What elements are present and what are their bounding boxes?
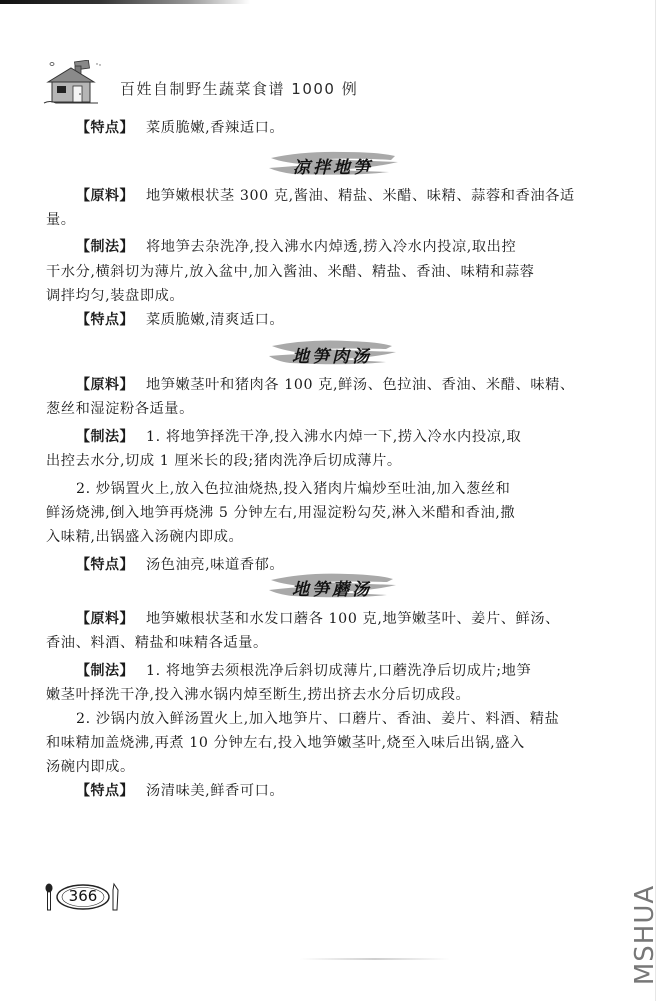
ingredients-text: 地笋嫩根状茎和水发口蘑各 100 克,地笋嫩茎叶、姜片、鲜汤、 <box>146 611 560 627</box>
method-line: 【制法】1. 将地笋去须根洗净后斜切成薄片,口蘑洗净后切成片;地笋 <box>76 661 606 681</box>
method-line: 入味精,出锅盛入汤碗内即成。 <box>46 527 606 547</box>
previous-recipe-features: 【特点】菜质脆嫩,香辣适口。 <box>76 118 606 138</box>
features-label: 【特点】 <box>76 312 134 328</box>
ingredients-line: 量。 <box>46 210 606 230</box>
watermark-text: MSHUA <box>630 880 660 990</box>
book-title: 百姓自制野生蔬菜食谱 1000 例 <box>120 78 358 99</box>
method-line: 汤碗内即成。 <box>46 757 606 777</box>
method-label: 【制法】 <box>76 239 134 255</box>
ingredients-label: 【原料】 <box>76 188 134 204</box>
recipe-title: 凉拌地笋 <box>263 153 403 178</box>
method-line: 干水分,横斜切为薄片,放入盆中,加入酱油、米醋、精盐、香油、味精和蒜蓉 <box>46 262 606 282</box>
method-text: 1. 将地笋择洗干净,投入沸水内焯一下,捞入冷水内投凉,取 <box>146 429 521 445</box>
ingredients-line: 香油、料酒、精盐和味精各适量。 <box>46 633 606 653</box>
method-text: 将地笋去杂洗净,投入沸水内焯透,捞入冷水内投凉,取出控 <box>146 239 516 255</box>
running-header: 百姓自制野生蔬菜食谱 1000 例 <box>42 58 442 108</box>
method-label: 【制法】 <box>76 663 134 679</box>
features-text: 汤清味美,鲜香可口。 <box>146 783 284 799</box>
ingredients-label: 【原料】 <box>76 611 134 627</box>
ingredients-line: 【原料】地笋嫩茎叶和猪肉各 100 克,鲜汤、色拉油、香油、米醋、味精、 <box>76 375 606 395</box>
method-line: 和味精加盖烧沸,再煮 10 分钟左右,投入地笋嫩茎叶,烧至入味后出锅,盛入 <box>46 733 606 753</box>
ingredients-text: 地笋嫩茎叶和猪肉各 100 克,鲜汤、色拉油、香油、米醋、味精、 <box>146 377 575 393</box>
page-edge-line <box>655 0 656 1001</box>
features-line: 【特点】汤清味美,鲜香可口。 <box>76 781 606 801</box>
recipe-title: 地笋蘑汤 <box>262 575 402 600</box>
method-line: 【制法】将地笋去杂洗净,投入沸水内焯透,捞入冷水内投凉,取出控 <box>76 237 606 257</box>
page-number: 366 <box>63 887 103 905</box>
ingredients-text: 地笋嫩根状茎 300 克,酱油、精盐、米醋、味精、蒜蓉和香油各适 <box>146 188 575 204</box>
features-text: 菜质脆嫩,香辣适口。 <box>146 120 284 136</box>
features-label: 【特点】 <box>76 120 134 136</box>
method-line: 2. 炒锅置火上,放入色拉油烧热,投入猪肉片煸炒至吐油,加入葱丝和 <box>76 479 606 499</box>
features-label: 【特点】 <box>76 557 134 573</box>
method-line: 调拌均匀,装盘即成。 <box>46 286 606 306</box>
house-icon <box>42 60 104 106</box>
ingredients-line: 【原料】地笋嫩根状茎 300 克,酱油、精盐、米醋、味精、蒜蓉和香油各适 <box>76 186 606 206</box>
method-label: 【制法】 <box>76 429 134 445</box>
method-line: 【制法】1. 将地笋择洗干净,投入沸水内焯一下,捞入冷水内投凉,取 <box>76 427 606 447</box>
ingredients-label: 【原料】 <box>76 377 134 393</box>
scan-artifact-line <box>300 958 450 960</box>
features-text: 菜质脆嫩,清爽适口。 <box>146 312 284 328</box>
method-line: 嫩茎叶择洗干净,投入沸水锅内焯至断生,捞出挤去水分后切成段。 <box>46 685 606 705</box>
features-line: 【特点】菜质脆嫩,清爽适口。 <box>76 310 606 330</box>
method-line: 2. 沙锅内放入鲜汤置火上,加入地笋片、口蘑片、香油、姜片、料酒、精盐 <box>76 709 606 729</box>
scan-top-shadow <box>0 0 250 4</box>
method-line: 鲜汤烧沸,倒入地笋再烧沸 5 分钟左右,用湿淀粉勾芡,淋入米醋和香油,撒 <box>46 503 606 523</box>
recipe-heading-2: 地笋肉汤 <box>262 337 402 367</box>
recipe-heading-1: 凉拌地笋 <box>263 148 403 178</box>
recipe-heading-3: 地笋蘑汤 <box>262 570 402 600</box>
recipe-title: 地笋肉汤 <box>262 342 402 367</box>
page-number-badge: 366 <box>44 882 122 912</box>
method-text: 1. 将地笋去须根洗净后斜切成薄片,口蘑洗净后切成片;地笋 <box>146 663 531 679</box>
method-line: 出控去水分,切成 1 厘米长的段;猪肉洗净后切成薄片。 <box>46 451 606 471</box>
ingredients-line: 【原料】地笋嫩根状茎和水发口蘑各 100 克,地笋嫩茎叶、姜片、鲜汤、 <box>76 609 606 629</box>
watermark: MSHUA <box>622 880 662 990</box>
features-label: 【特点】 <box>76 783 134 799</box>
ingredients-line: 葱丝和湿淀粉各适量。 <box>46 399 606 419</box>
